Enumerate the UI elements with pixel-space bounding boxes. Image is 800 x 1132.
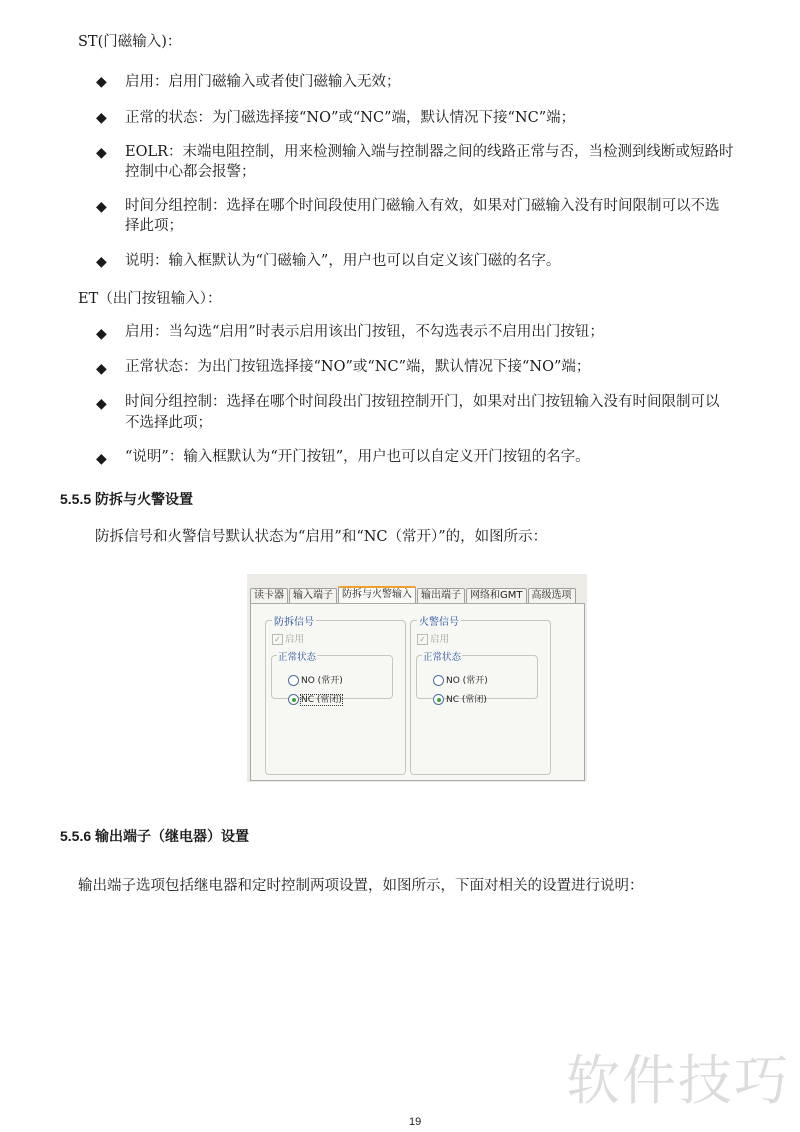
section-5-5-5-body: 防拆信号和火警信号默认状态为“启用”和“NC（常开）”的，如图所示： [95,528,547,546]
tamper-nc-label: NC (常闭) [301,695,342,705]
fire-no-label: NO (常开) [446,676,488,686]
radio-unselected-icon [433,675,444,686]
tab-card-reader[interactable]: 读卡器 [250,588,288,603]
fire-enable-checkbox[interactable]: ✓启用 [417,631,449,645]
et-section-title: ET（出门按钮输入）： [78,290,222,308]
bullet-icon: ◆ [96,199,107,215]
st-bullet-normal-state: 正常的状态：为门磁选择接“NO”或“NC”端，默认情况下接“NC”端； [125,106,775,130]
tab-network-gmt[interactable]: 网络和GMT [466,588,527,603]
tamper-enable-label: 启用 [285,634,304,645]
radio-selected-icon [433,694,444,705]
bullet-icon: ◆ [96,74,107,90]
st-bullet-time-group-line2: 择此项； [125,214,775,238]
bullet-icon: ◆ [96,451,107,467]
et-bullet-normal-state: 正常状态：为出门按钮选择接“NO”或“NC”端，默认情况下接“NO”端； [125,355,775,379]
fire-signal-title: 火警信号 [417,613,461,628]
st-bullet-enable: 启用：启用门磁输入或者使门磁输入无效； [125,70,775,94]
tamper-signal-title: 防拆信号 [272,613,316,628]
bullet-icon: ◆ [96,396,107,412]
tab-panel: 防拆信号 ✓启用 正常状态 NO (常开) NC (常闭) 火警信号 ✓启用 正… [250,603,585,781]
section-5-5-6-body: 输出端子选项包括继电器和定时控制两项设置，如图所示，下面对相关的设置进行说明： [78,877,644,895]
tab-bar: 读卡器 输入端子 防拆与火警输入 输出端子 网络和GMT 高级选项 [250,586,577,603]
watermark: 软件技巧 [566,1038,790,1115]
bullet-icon: ◆ [96,145,107,161]
st-bullet-description: 说明：输入框默认为“门磁输入”，用户也可以自定义该门磁的名字。 [125,249,775,273]
radio-unselected-icon [288,675,299,686]
tamper-normal-state-title: 正常状态 [277,649,317,663]
check-icon: ✓ [272,634,283,645]
bullet-icon: ◆ [96,254,107,270]
tamper-signal-group: 防拆信号 ✓启用 正常状态 NO (常开) NC (常闭) [265,620,406,775]
tamper-no-label: NO (常开) [301,676,343,686]
fire-nc-label: NC (常闭) [446,695,487,705]
radio-selected-icon [288,694,299,705]
tamper-no-radio[interactable]: NO (常开) [288,673,343,686]
fire-nc-radio[interactable]: NC (常闭) [433,692,487,705]
st-section-title: ST(门磁输入)： [78,33,181,51]
tamper-nc-radio[interactable]: NC (常闭) [288,692,342,705]
tab-input-terminal[interactable]: 输入端子 [289,588,337,603]
section-heading-5-5-5: 5.5.5 防拆与火警设置 [60,489,193,509]
et-bullet-time-group-line2: 不选择此项； [125,411,775,435]
fire-normal-state-title: 正常状态 [422,649,462,663]
bullet-icon: ◆ [96,361,107,377]
et-bullet-description: “说明”：输入框默认为“开门按钮”，用户也可以自定义开门按钮的名字。 [125,445,775,469]
check-icon: ✓ [417,634,428,645]
st-bullet-eolr-line2: 控制中心都会报警； [125,160,775,184]
settings-dialog-screenshot: 读卡器 输入端子 防拆与火警输入 输出端子 网络和GMT 高级选项 防拆信号 ✓… [247,574,587,782]
fire-no-radio[interactable]: NO (常开) [433,673,488,686]
section-heading-5-5-6: 5.5.6 输出端子（继电器）设置 [60,826,249,846]
tab-output-terminal[interactable]: 输出端子 [417,588,465,603]
fire-signal-group: 火警信号 ✓启用 正常状态 NO (常开) NC (常闭) [410,620,551,775]
bullet-icon: ◆ [96,326,107,342]
page-number: 19 [409,1116,421,1128]
fire-enable-label: 启用 [430,634,449,645]
tamper-enable-checkbox[interactable]: ✓启用 [272,631,304,645]
et-bullet-enable: 启用：当勾选“启用”时表示启用该出门按钮，不勾选表示不启用出门按钮； [125,320,775,344]
tab-advanced-options[interactable]: 高级选项 [528,588,576,603]
bullet-icon: ◆ [96,110,107,126]
